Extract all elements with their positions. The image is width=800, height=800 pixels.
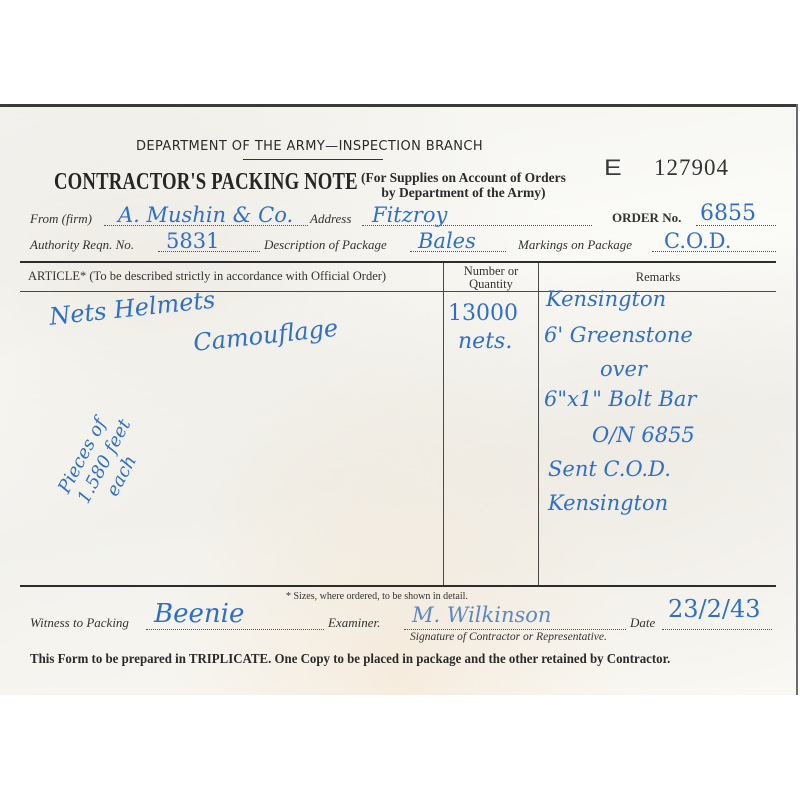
authority-label: Authority Reqn. No.	[30, 237, 134, 253]
witness-value[interactable]: Beenie	[154, 599, 244, 629]
quantity-unit: nets.	[458, 329, 512, 354]
subtitle-line-2: by Department of the Army)	[361, 185, 566, 200]
remarks-line-1: Kensington	[546, 287, 666, 311]
signature-caption: Signature of Contractor or Representativ…	[410, 631, 607, 643]
order-value[interactable]: 6855	[700, 201, 756, 226]
description-label: Description of Package	[264, 237, 387, 253]
remarks-line-6: Sent C.O.D.	[548, 457, 671, 481]
packing-note-form: DEPARTMENT OF THE ARMY—INSPECTION BRANCH…	[0, 104, 796, 695]
form-title: CONTRACTOR'S PACKING NOTE	[54, 169, 358, 196]
date-field-line	[662, 629, 772, 630]
table-bottom-rule	[20, 585, 776, 587]
table-top-rule	[20, 261, 776, 263]
remarks-line-7: Kensington	[548, 491, 668, 515]
address-label: Address	[310, 211, 351, 227]
date-label: Date	[630, 615, 655, 631]
witness-label: Witness to Packing	[30, 615, 129, 631]
from-label: From (firm)	[30, 211, 92, 227]
header-underline	[243, 159, 383, 160]
column-header-article: ARTICLE* (To be described strictly in ac…	[28, 270, 440, 283]
examiner-signature[interactable]: M. Wilkinson	[412, 603, 551, 627]
column-header-remarks: Remarks	[540, 271, 776, 284]
remarks-line-4: 6"x1" Bolt Bar	[544, 387, 696, 411]
serial-prefix: E	[604, 155, 622, 181]
quantity-header-line-2: Quantity	[445, 278, 537, 291]
description-value[interactable]: Bales	[418, 229, 476, 253]
serial-number: 127904	[654, 155, 729, 181]
authority-value[interactable]: 5831	[166, 229, 219, 253]
sizes-footnote: * Sizes, where ordered, to be shown in d…	[286, 591, 468, 602]
markings-value[interactable]: C.O.D.	[664, 229, 731, 253]
triplicate-instructions: This Form to be prepared in TRIPLICATE. …	[30, 652, 670, 668]
order-label: ORDER No.	[612, 210, 681, 226]
date-value[interactable]: 23/2/43	[668, 595, 761, 623]
examiner-label: Examiner.	[328, 615, 380, 631]
column-divider-1	[443, 263, 444, 585]
form-subtitle: (For Supplies on Account of Orders by De…	[361, 170, 566, 200]
subtitle-line-1: (For Supplies on Account of Orders	[361, 170, 566, 185]
address-value[interactable]: Fitzroy	[372, 203, 447, 227]
from-value[interactable]: A. Mushin & Co.	[118, 203, 293, 227]
department-header: DEPARTMENT OF THE ARMY—INSPECTION BRANCH	[136, 139, 483, 154]
witness-field-line	[146, 629, 324, 630]
remarks-line-3: over	[600, 357, 647, 381]
remarks-line-2: 6' Greenstone	[544, 323, 693, 347]
remarks-line-5: O/N 6855	[592, 423, 695, 447]
quantity-value: 13000	[448, 301, 518, 326]
article-line-2: Camouflage	[192, 314, 339, 357]
markings-label: Markings on Package	[518, 237, 632, 253]
column-divider-2	[538, 263, 539, 585]
examiner-field-line	[404, 629, 626, 630]
article-side-note: Pieces of 1.580 feet each	[54, 405, 156, 518]
article-line-1: Nets Helmets	[48, 286, 217, 331]
column-header-quantity: Number or Quantity	[445, 265, 537, 291]
